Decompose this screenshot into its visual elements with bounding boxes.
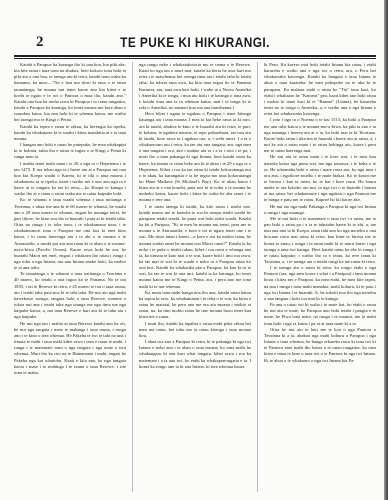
paragraph: Otira he nui ato te hari me te koa o nga… (264, 327, 376, 364)
paragraph: Pa ana o ratau iwi ki waho i te mate kai… (264, 302, 376, 327)
paragraph: I mahia tenei mahi nana i te 26 o nga ra… (14, 161, 126, 198)
paragraph: I hangaa ano hoki e ratau he putepuke, h… (14, 142, 126, 160)
newspaper-title: TE PUKE KI HIKURANGI. (41, 34, 349, 50)
paragraph: I roto i nga ra o Noema o te tau 1513, k… (264, 117, 376, 154)
paragraph: I te ratau taenga ki tatahi, ka kite rat… (139, 204, 251, 290)
paragraph: I ahua roa ano a Parapoa ki reira, ki te… (139, 339, 251, 370)
column-1: Katahi a Parapoa ka karanga iho ki ona h… (14, 62, 126, 468)
paragraph: Katahi a Parapoa ka karanga iho ki ona h… (14, 62, 126, 124)
paragraph: ki Peru. Ka korero mai hoki tetahi Inian… (264, 62, 376, 117)
paragraph: Ka mutu taua mahi hanga noa iho ana, kat… (139, 290, 251, 321)
paragraph: He nui nga tau i mahia ai taua Rerewe ka… (14, 321, 126, 376)
paragraph: Me te nui hoki o te matemate o taua iwi … (264, 216, 376, 265)
scan-edge-shadow (384, 0, 388, 500)
header-rule-thick (14, 55, 376, 57)
paragraph: Heoi kihei i ngata te ngakau o Parapoa i… (139, 111, 251, 203)
header-rule-thin (14, 58, 376, 59)
column-divider (132, 62, 133, 492)
column-3: ki Peru. Ka korero mai hoki tetahi Inian… (264, 62, 376, 432)
paragraph: Ko te whanui o taua waahi whenua i taua … (14, 197, 126, 271)
paragraph: He nui ato nga mahi Pakanga a Parapoa ki… (264, 204, 376, 216)
paragraph: Te tatautanga o te whanui o taua oatitan… (14, 271, 126, 320)
page-header: 2 TE PUKE KI HIKURANGI. (14, 34, 376, 54)
column-divider (257, 62, 258, 492)
paragraph: nga rango neke i whakatakotoria mo te ra… (139, 62, 251, 111)
column-2: nga rango neke i whakatakotoria mo te ra… (139, 62, 251, 462)
paragraph: He nui atu te ratau mate i te kore wai, … (264, 154, 376, 203)
article-columns: Katahi a Parapoa ka karanga iho ki ona h… (14, 62, 376, 494)
paragraph: I muri iho, katahi ka tapahia e ratau et… (139, 321, 251, 339)
paragraph: I te taenga atu o ratau ki reira, ka ron… (264, 265, 376, 302)
paragraph: Katahi ka tepea e ratau te rakau, ka her… (14, 124, 126, 142)
